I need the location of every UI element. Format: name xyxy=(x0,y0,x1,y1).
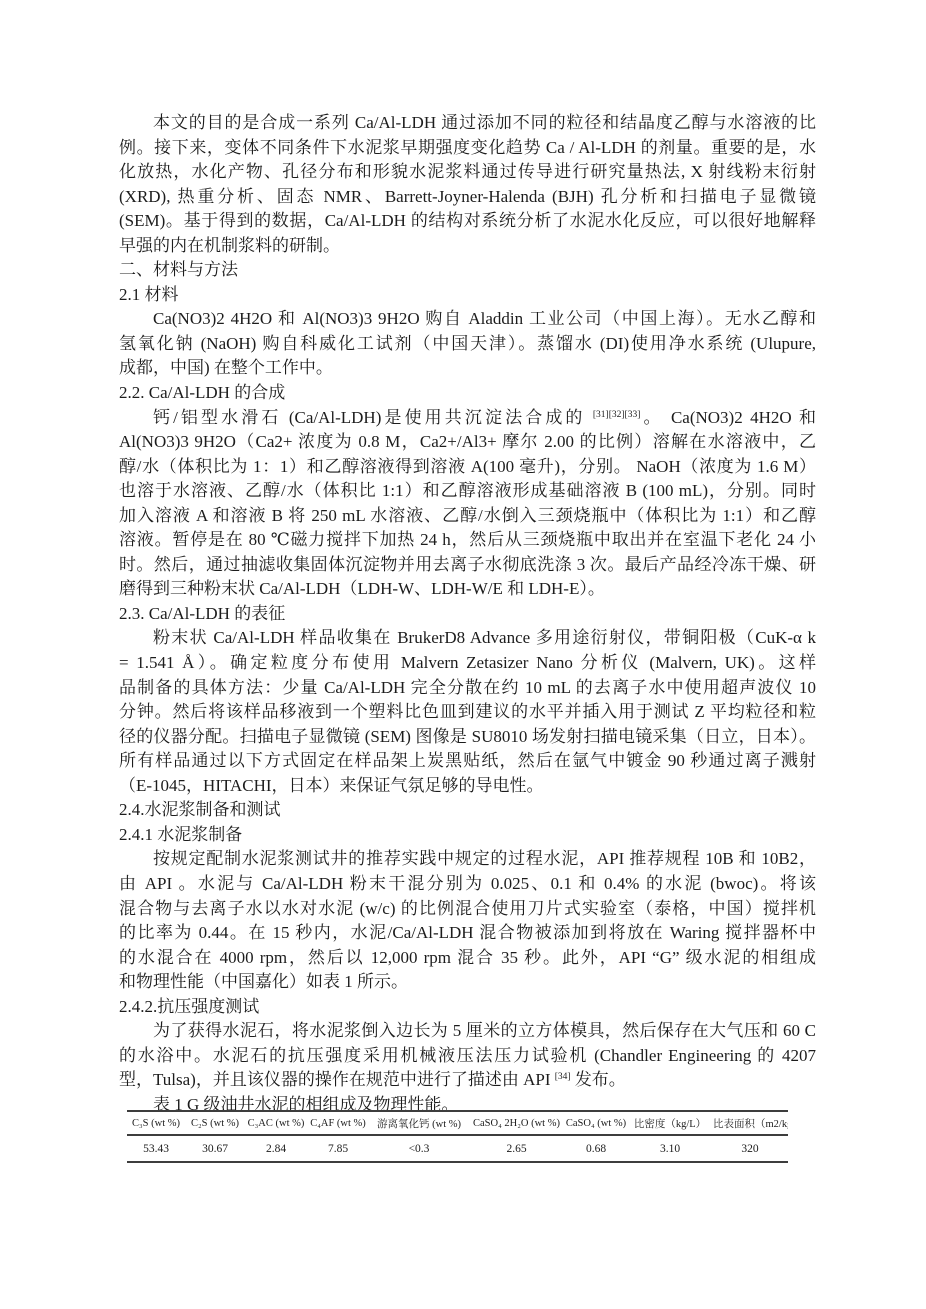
text-line: 也溶于水溶液、乙醇/水（体积比 1:1）和乙醇溶液形成基础溶液 B (100 m… xyxy=(119,479,816,504)
table-value-cell: 7.85 xyxy=(307,1135,369,1162)
text-line: Ca(NO3)2 4H2O 和 Al(NO3)3 9H2O 购自 Aladdin… xyxy=(119,307,816,332)
table-value-row: 53.4330.672.847.85<0.32.650.683.10320 xyxy=(127,1135,788,1162)
text-line: 加入溶液 A 和溶液 B 将 250 mL 水溶液、乙醇/水倒入三颈烧瓶中（体积… xyxy=(119,504,816,529)
text-line: 溶液。暂停是在 80 ℃磁力搅拌下加热 24 h，然后从三颈烧瓶中取出并在室温下… xyxy=(119,528,816,553)
table-value-cell: 2.65 xyxy=(469,1135,564,1162)
table-header-cell: C₃S (wt %) xyxy=(127,1111,185,1135)
table-value-cell: 320 xyxy=(712,1135,788,1162)
section-heading: 2.4.1 水泥浆制备 xyxy=(119,823,816,848)
text-segment: 。 Ca(NO3)2 4H2O 和 xyxy=(640,408,816,427)
text-line: 磨得到三种粉末状 Ca/Al-LDH（LDH-W、LDH-W/E 和 LDH-E… xyxy=(119,577,816,602)
table-header-cell: 比密度（kg/L） xyxy=(628,1111,712,1135)
table-header-cell: C₄AF (wt %) xyxy=(307,1111,369,1135)
table-header-cell: 比表面积（m2/kg） xyxy=(712,1111,788,1135)
text-line: 为了获得水泥石，将水泥浆倒入边长为 5 厘米的立方体模具，然后保存在大气压和 6… xyxy=(119,1019,816,1044)
cement-properties-table: C₃S (wt %)C₂S (wt %)C₃AC (wt %)C₄AF (wt … xyxy=(127,1110,788,1163)
text-line: (SEM)。基于得到的数据，Ca/Al-LDH 的结构对系统分析了水泥水化反应，… xyxy=(119,209,816,234)
text-line: 醇/水（体积比为 1：1）和乙醇溶液得到溶液 A(100 毫升)，分别。 NaO… xyxy=(119,455,816,480)
table-value-cell: 30.67 xyxy=(185,1135,245,1162)
section-heading: 2.4.2.抗压强度测试 xyxy=(119,995,816,1020)
text-line: (XRD), 热重分析、固态 NMR、Barrett-Joyner-Halend… xyxy=(119,185,816,210)
text-line: 品制备的具体方法：少量 Ca/Al-LDH 完全分散在约 10 mL 的去离子水… xyxy=(119,676,816,701)
text-line: 时。然后，通过抽滤收集固体沉淀物并用去离子水彻底洗涤 3 次。最后产品经冷冻干燥… xyxy=(119,553,816,578)
table-value-cell: 3.10 xyxy=(628,1135,712,1162)
text-line: （E-1045，HITACHI，日本）来保证气氛足够的导电性。 xyxy=(119,774,816,799)
table-header-cell: CaSO₄ (wt %) xyxy=(564,1111,628,1135)
text-line: 例。接下来，变体不同条件下水泥浆早期强度变化趋势 Ca / Al-LDH 的剂量… xyxy=(119,136,816,161)
text-line: 氢氧化钠 (NaOH) 购自科威化工试剂（中国天津）。蒸馏水 (DI)使用净水系… xyxy=(119,332,816,357)
text-line: Al(NO3)3 9H2O（Ca2+ 浓度为 0.8 M，Ca2+/Al3+ 摩… xyxy=(119,430,816,455)
section-heading: 2.2. Ca/Al-LDH 的合成 xyxy=(119,381,816,406)
section-heading: 2.4.水泥浆制备和测试 xyxy=(119,798,816,823)
text-line: 和物理性能（中国嘉化）如表 1 所示。 xyxy=(119,970,816,995)
text-line: 按规定配制水泥浆测试井的推荐实践中规定的过程水泥，API 推荐规程 10B 和 … xyxy=(119,847,816,872)
text-line: 分钟。然后将该样品移液到一个塑料比色皿到建议的水平并插入用于测试 Z 平均粒径和… xyxy=(119,700,816,725)
text-line: 型，Tulsa)，并且该仪器的操作在规范中进行了描述由 API [34] 发布。 xyxy=(119,1068,816,1093)
text-line: 径的仪器分配。扫描电子显微镜 (SEM) 图像是 SU8010 场发射扫描电镜采… xyxy=(119,725,816,750)
table-header-cell: C₂S (wt %) xyxy=(185,1111,245,1135)
text-line: = 1.541 Å）。确定粒度分布使用 Malvern Zetasizer Na… xyxy=(119,651,816,676)
text-line: 钙/铝型水滑石 (Ca/Al-LDH)是使用共沉淀法合成的 [31][32][3… xyxy=(119,406,816,431)
citation-superscript: [31][32][33] xyxy=(593,410,640,420)
text-line: 的比率为 0.44。在 15 秒内，水泥/Ca/Al-LDH 混合物被添加到将放… xyxy=(119,921,816,946)
table-value-cell: 53.43 xyxy=(127,1135,185,1162)
table-1-container: C₃S (wt %)C₂S (wt %)C₃AC (wt %)C₄AF (wt … xyxy=(127,1110,788,1163)
document-body: 本文的目的是合成一系列 Ca/Al-LDH 通过添加不同的粒径和结晶度乙醇与水溶… xyxy=(119,111,816,1117)
text-line: 成都，中国) 在整个工作中。 xyxy=(119,356,816,381)
text-line: 的水浴中。水泥石的抗压强度采用机械液压法压力试验机 (Chandler Engi… xyxy=(119,1044,816,1069)
text-segment: 发布。 xyxy=(571,1070,626,1089)
table-header-cell: C₃AC (wt %) xyxy=(245,1111,307,1135)
text-segment: 钙/铝型水滑石 (Ca/Al-LDH)是使用共沉淀法合成的 xyxy=(153,408,593,427)
text-line: 所有样品通过以下方式固定在样品架上炭黑贴纸，然后在氩气中镀金 90 秒通过离子溅… xyxy=(119,749,816,774)
text-line: 化放热，水化产物、孔径分布和形貌水泥浆料通过传导进行研究量热法, X 射线粉末衍… xyxy=(119,160,816,185)
table-header-cell: 游离氧化钙 (wt %) xyxy=(369,1111,469,1135)
table-value-cell: <0.3 xyxy=(369,1135,469,1162)
text-line: 由 API 。水泥与 Ca/Al-LDH 粉末干混分别为 0.025、0.1 和… xyxy=(119,872,816,897)
citation-superscript: [34] xyxy=(555,1072,571,1082)
text-line: 混合物与去离子水以水对水泥 (w/c) 的比例混合使用刀片式实验室（泰格，中国）… xyxy=(119,897,816,922)
section-heading: 二、材料与方法 xyxy=(119,258,816,283)
table-value-cell: 0.68 xyxy=(564,1135,628,1162)
table-value-cell: 2.84 xyxy=(245,1135,307,1162)
document-page: { "colors": { "background": "#ffffff", "… xyxy=(0,0,926,1309)
section-heading: 2.1 材料 xyxy=(119,283,816,308)
section-heading: 2.3. Ca/Al-LDH 的表征 xyxy=(119,602,816,627)
text-line: 粉末状 Ca/Al-LDH 样品收集在 BrukerD8 Advance 多用途… xyxy=(119,626,816,651)
text-segment: 型，Tulsa)，并且该仪器的操作在规范中进行了描述由 API xyxy=(119,1070,555,1089)
text-line: 的水混合在 4000 rpm，然后以 12,000 rpm 混合 35 秒。此外… xyxy=(119,946,816,971)
text-line: 本文的目的是合成一系列 Ca/Al-LDH 通过添加不同的粒径和结晶度乙醇与水溶… xyxy=(119,111,816,136)
text-line: 早强的内在机制浆料的研制。 xyxy=(119,234,816,259)
table-header-row: C₃S (wt %)C₂S (wt %)C₃AC (wt %)C₄AF (wt … xyxy=(127,1111,788,1135)
table-header-cell: CaSO₄ 2H₂O (wt %) xyxy=(469,1111,564,1135)
